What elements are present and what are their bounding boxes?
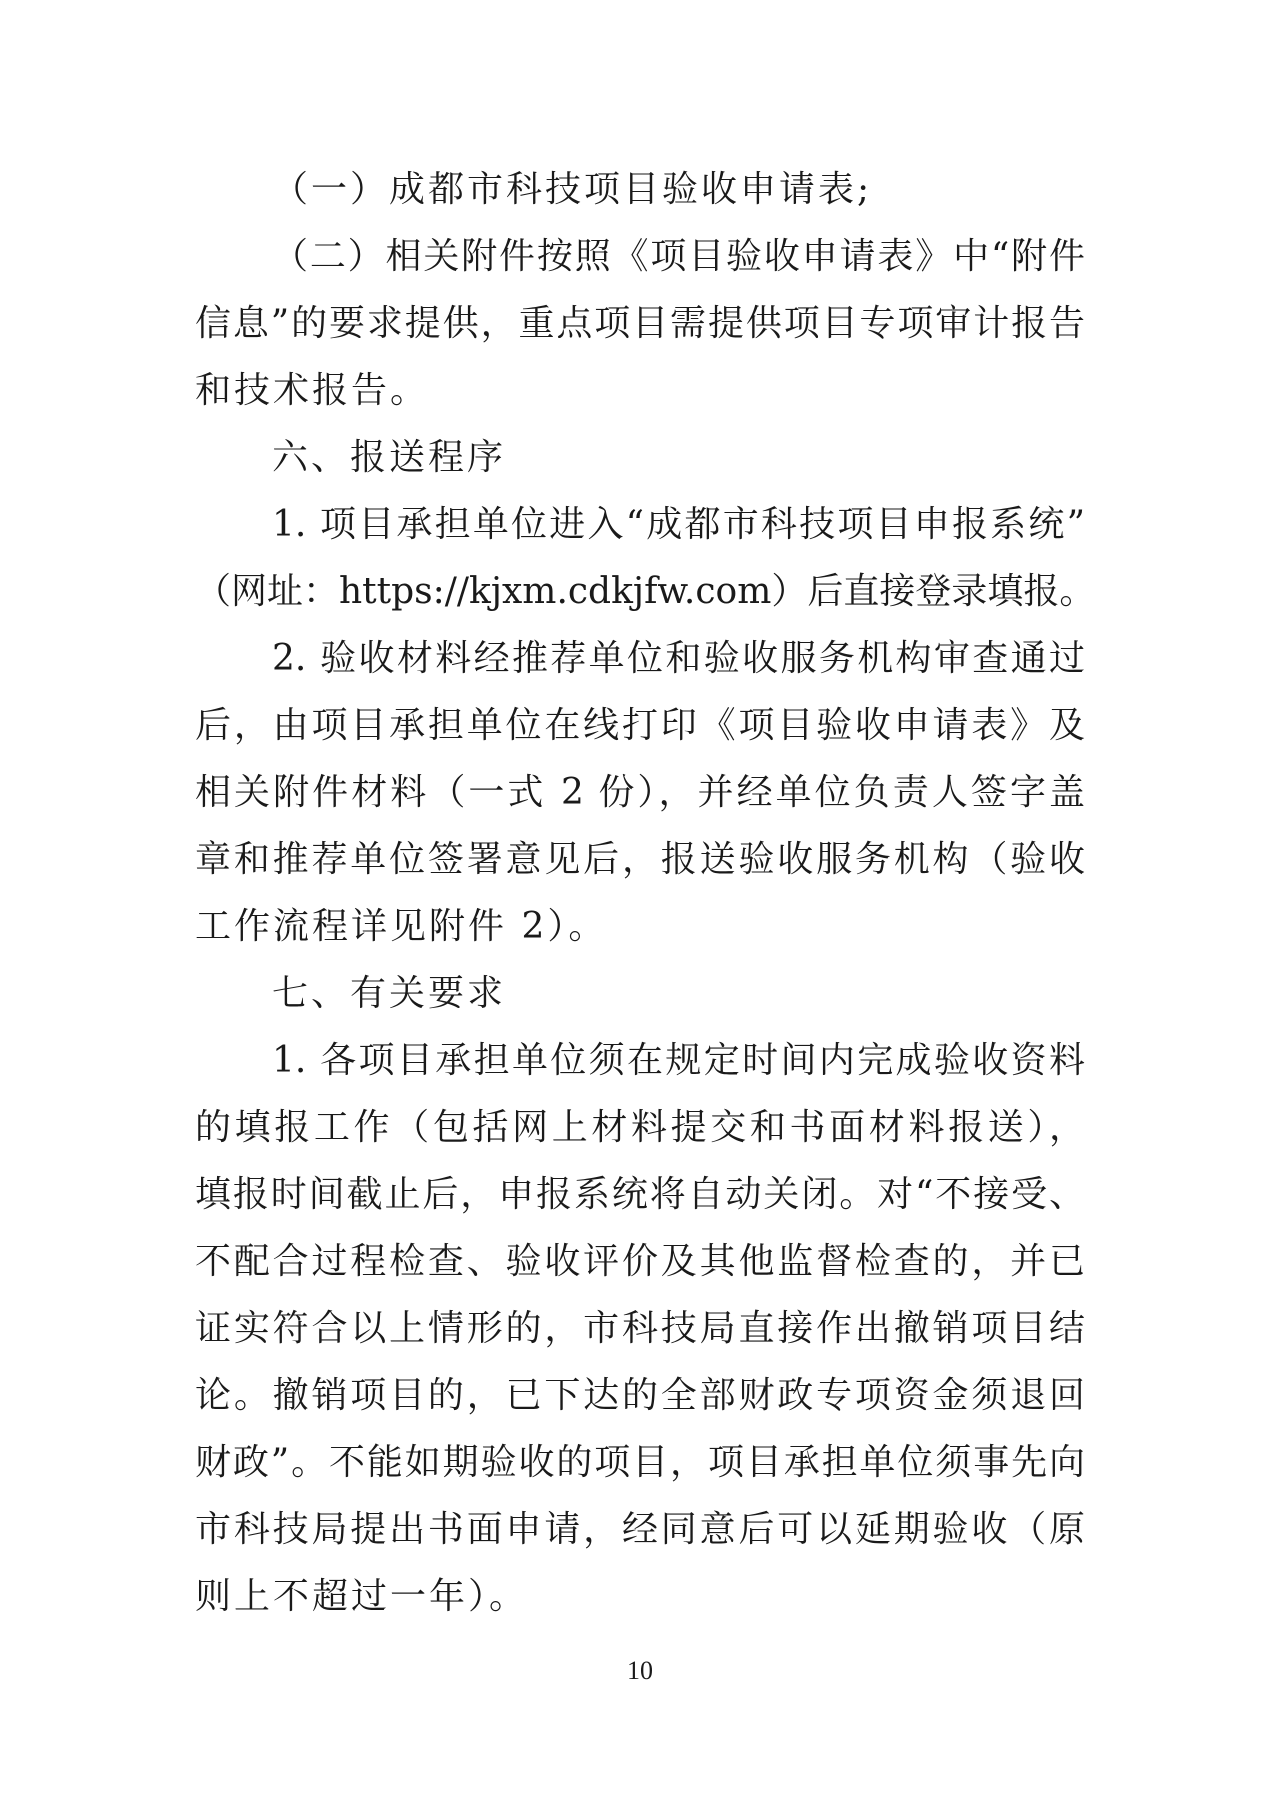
paragraph-line: 财政”。不能如期验收的项目，项目承担单位须事先向 — [195, 1439, 1085, 1487]
document-page: （一）成都市科技项目验收申请表; （二）相关附件按照《项目验收申请表》中“附件 … — [0, 0, 1280, 1810]
paragraph-line-with-url: （网址：https://kjxm.cdkjfw.com）后直接登录填报。 — [195, 568, 1085, 616]
procedure-item-1: 1. 项目承担单位进入“成都市科技项目申报系统” — [272, 501, 1085, 549]
section-heading-submission-procedure: 六、报送程序 — [272, 434, 506, 482]
paragraph-line: 和技术报告。 — [195, 367, 429, 415]
page-number: 10 — [0, 1656, 1280, 1686]
paragraph-line: 填报时间截止后，申报系统将自动关闭。对“不接受、 — [195, 1171, 1085, 1219]
section-heading-requirements: 七、有关要求 — [272, 970, 506, 1018]
list-item-attachment-2: （二）相关附件按照《项目验收申请表》中“附件 — [272, 233, 1085, 281]
list-item-attachment-1: （一）成都市科技项目验收申请表; — [272, 166, 872, 214]
paragraph-line: 不配合过程检查、验收评价及其他监督检查的，并已 — [195, 1238, 1085, 1286]
paragraph-line: 则上不超过一年）。 — [195, 1573, 528, 1621]
paragraph-line: 证实符合以上情形的，市科技局直接作出撤销项目结 — [195, 1305, 1085, 1353]
paragraph-line: 相关附件材料（一式 2 份），并经单位负责人签字盖 — [195, 769, 1085, 817]
paragraph-line: 论。撤销项目的，已下达的全部财政专项资金须退回 — [195, 1372, 1085, 1420]
requirement-item-1: 1. 各项目承担单位须在规定时间内完成验收资料 — [272, 1037, 1085, 1085]
procedure-item-2: 2. 验收材料经推荐单位和验收服务机构审查通过 — [272, 635, 1085, 683]
paragraph-line: 章和推荐单位签署意见后，报送验收服务机构（验收 — [195, 836, 1085, 884]
paragraph-line: 后，由项目承担单位在线打印《项目验收申请表》及 — [195, 702, 1085, 750]
paragraph-line: 工作流程详见附件 2）。 — [195, 903, 607, 951]
paragraph-line: 信息”的要求提供，重点项目需提供项目专项审计报告 — [195, 300, 1085, 348]
paragraph-line: 市科技局提出书面申请，经同意后可以延期验收（原 — [195, 1506, 1085, 1554]
paragraph-line: 的填报工作（包括网上材料提交和书面材料报送）， — [195, 1104, 1085, 1152]
